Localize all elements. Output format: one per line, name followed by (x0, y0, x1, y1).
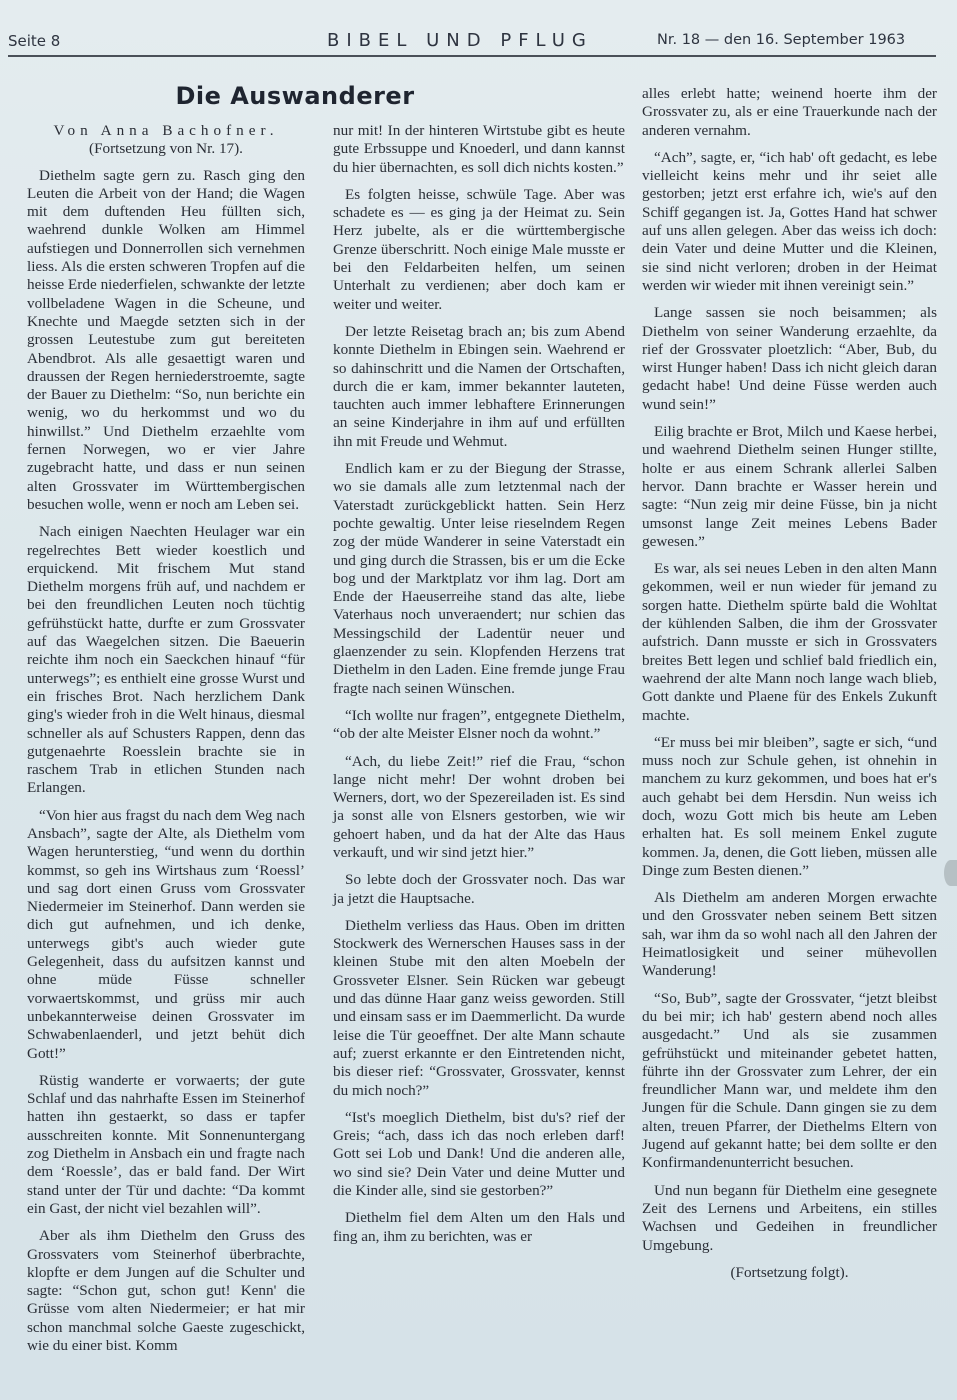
paragraph: Aber als ihm Diethelm den Gruss des Gros… (27, 1227, 305, 1355)
paragraph: Nach einigen Naechten Heulager war ein r… (27, 523, 305, 797)
article-title: Die Auswanderer (150, 82, 440, 110)
paragraph: Diethelm fiel dem Alten um den Hals und … (333, 1209, 625, 1246)
paragraph: Lange sassen sie noch beisammen; als Die… (642, 304, 937, 414)
paragraph-continued: alles erlebt hatte; weinend hoerte ihm d… (642, 85, 937, 140)
column-2: nur mit! In der hinteren Wirtstube gibt … (333, 122, 625, 1255)
paragraph: “Von hier aus fragst du nach dem Weg nac… (27, 807, 305, 1063)
paragraph: Diethelm sagte gern zu. Rasch ging den L… (27, 167, 305, 515)
paragraph: “Er muss bei mir bleiben”, sagte er sich… (642, 734, 937, 880)
paragraph: “Ist's moeglich Diethelm, bist du's? rie… (333, 1109, 625, 1200)
paragraph: Es folgten heisse, schwüle Tage. Aber wa… (333, 186, 625, 314)
paragraph: Rüstig wanderte er vorwaerts; der gute S… (27, 1072, 305, 1218)
paragraph: Diethelm verliess das Haus. Oben im drit… (333, 917, 625, 1100)
paragraph: Eilig brachte er Brot, Milch und Kaese h… (642, 423, 937, 551)
header-divider (8, 55, 936, 57)
column-1: Von Anna Bachofner. (Fortsetzung von Nr.… (27, 122, 305, 1364)
paragraph: “Ach”, sagte, er, “ich hab' oft gedacht,… (642, 149, 937, 295)
page-number: Seite 8 (8, 32, 60, 50)
continuation-note: (Fortsetzung von Nr. 17). (27, 140, 305, 158)
paragraph: So lebte doch der Grossvater noch. Das w… (333, 871, 625, 908)
paragraph: Es war, als sei neues Leben in den alten… (642, 560, 937, 725)
paragraph-continued: nur mit! In der hinteren Wirtstube gibt … (333, 122, 625, 177)
binding-hole-mark (944, 860, 957, 886)
paragraph: Der letzte Reisetag brach an; bis zum Ab… (333, 323, 625, 451)
paragraph: “Ach, du liebe Zeit!” rief die Frau, “sc… (333, 753, 625, 863)
to-be-continued-note: (Fortsetzung folgt). (642, 1264, 937, 1282)
byline: Von Anna Bachofner. (27, 122, 305, 140)
issue-date: Nr. 18 — den 16. September 1963 (657, 32, 905, 48)
paragraph: Als Diethelm am anderen Morgen erwachte … (642, 889, 937, 980)
publication-title: BIBEL UND PFLUG (327, 30, 593, 51)
column-3: alles erlebt hatte; weinend hoerte ihm d… (642, 85, 937, 1291)
page-header: Seite 8 BIBEL UND PFLUG Nr. 18 — den 16.… (0, 28, 957, 56)
paragraph: “Ich wollte nur fragen”, entgegnete Diet… (333, 707, 625, 744)
paragraph: Endlich kam er zu der Biegung der Strass… (333, 460, 625, 698)
paragraph: Und nun begann für Diethelm eine gesegne… (642, 1182, 937, 1255)
paragraph: “So, Bub”, sagte der Grossvater, “jetzt … (642, 990, 937, 1173)
